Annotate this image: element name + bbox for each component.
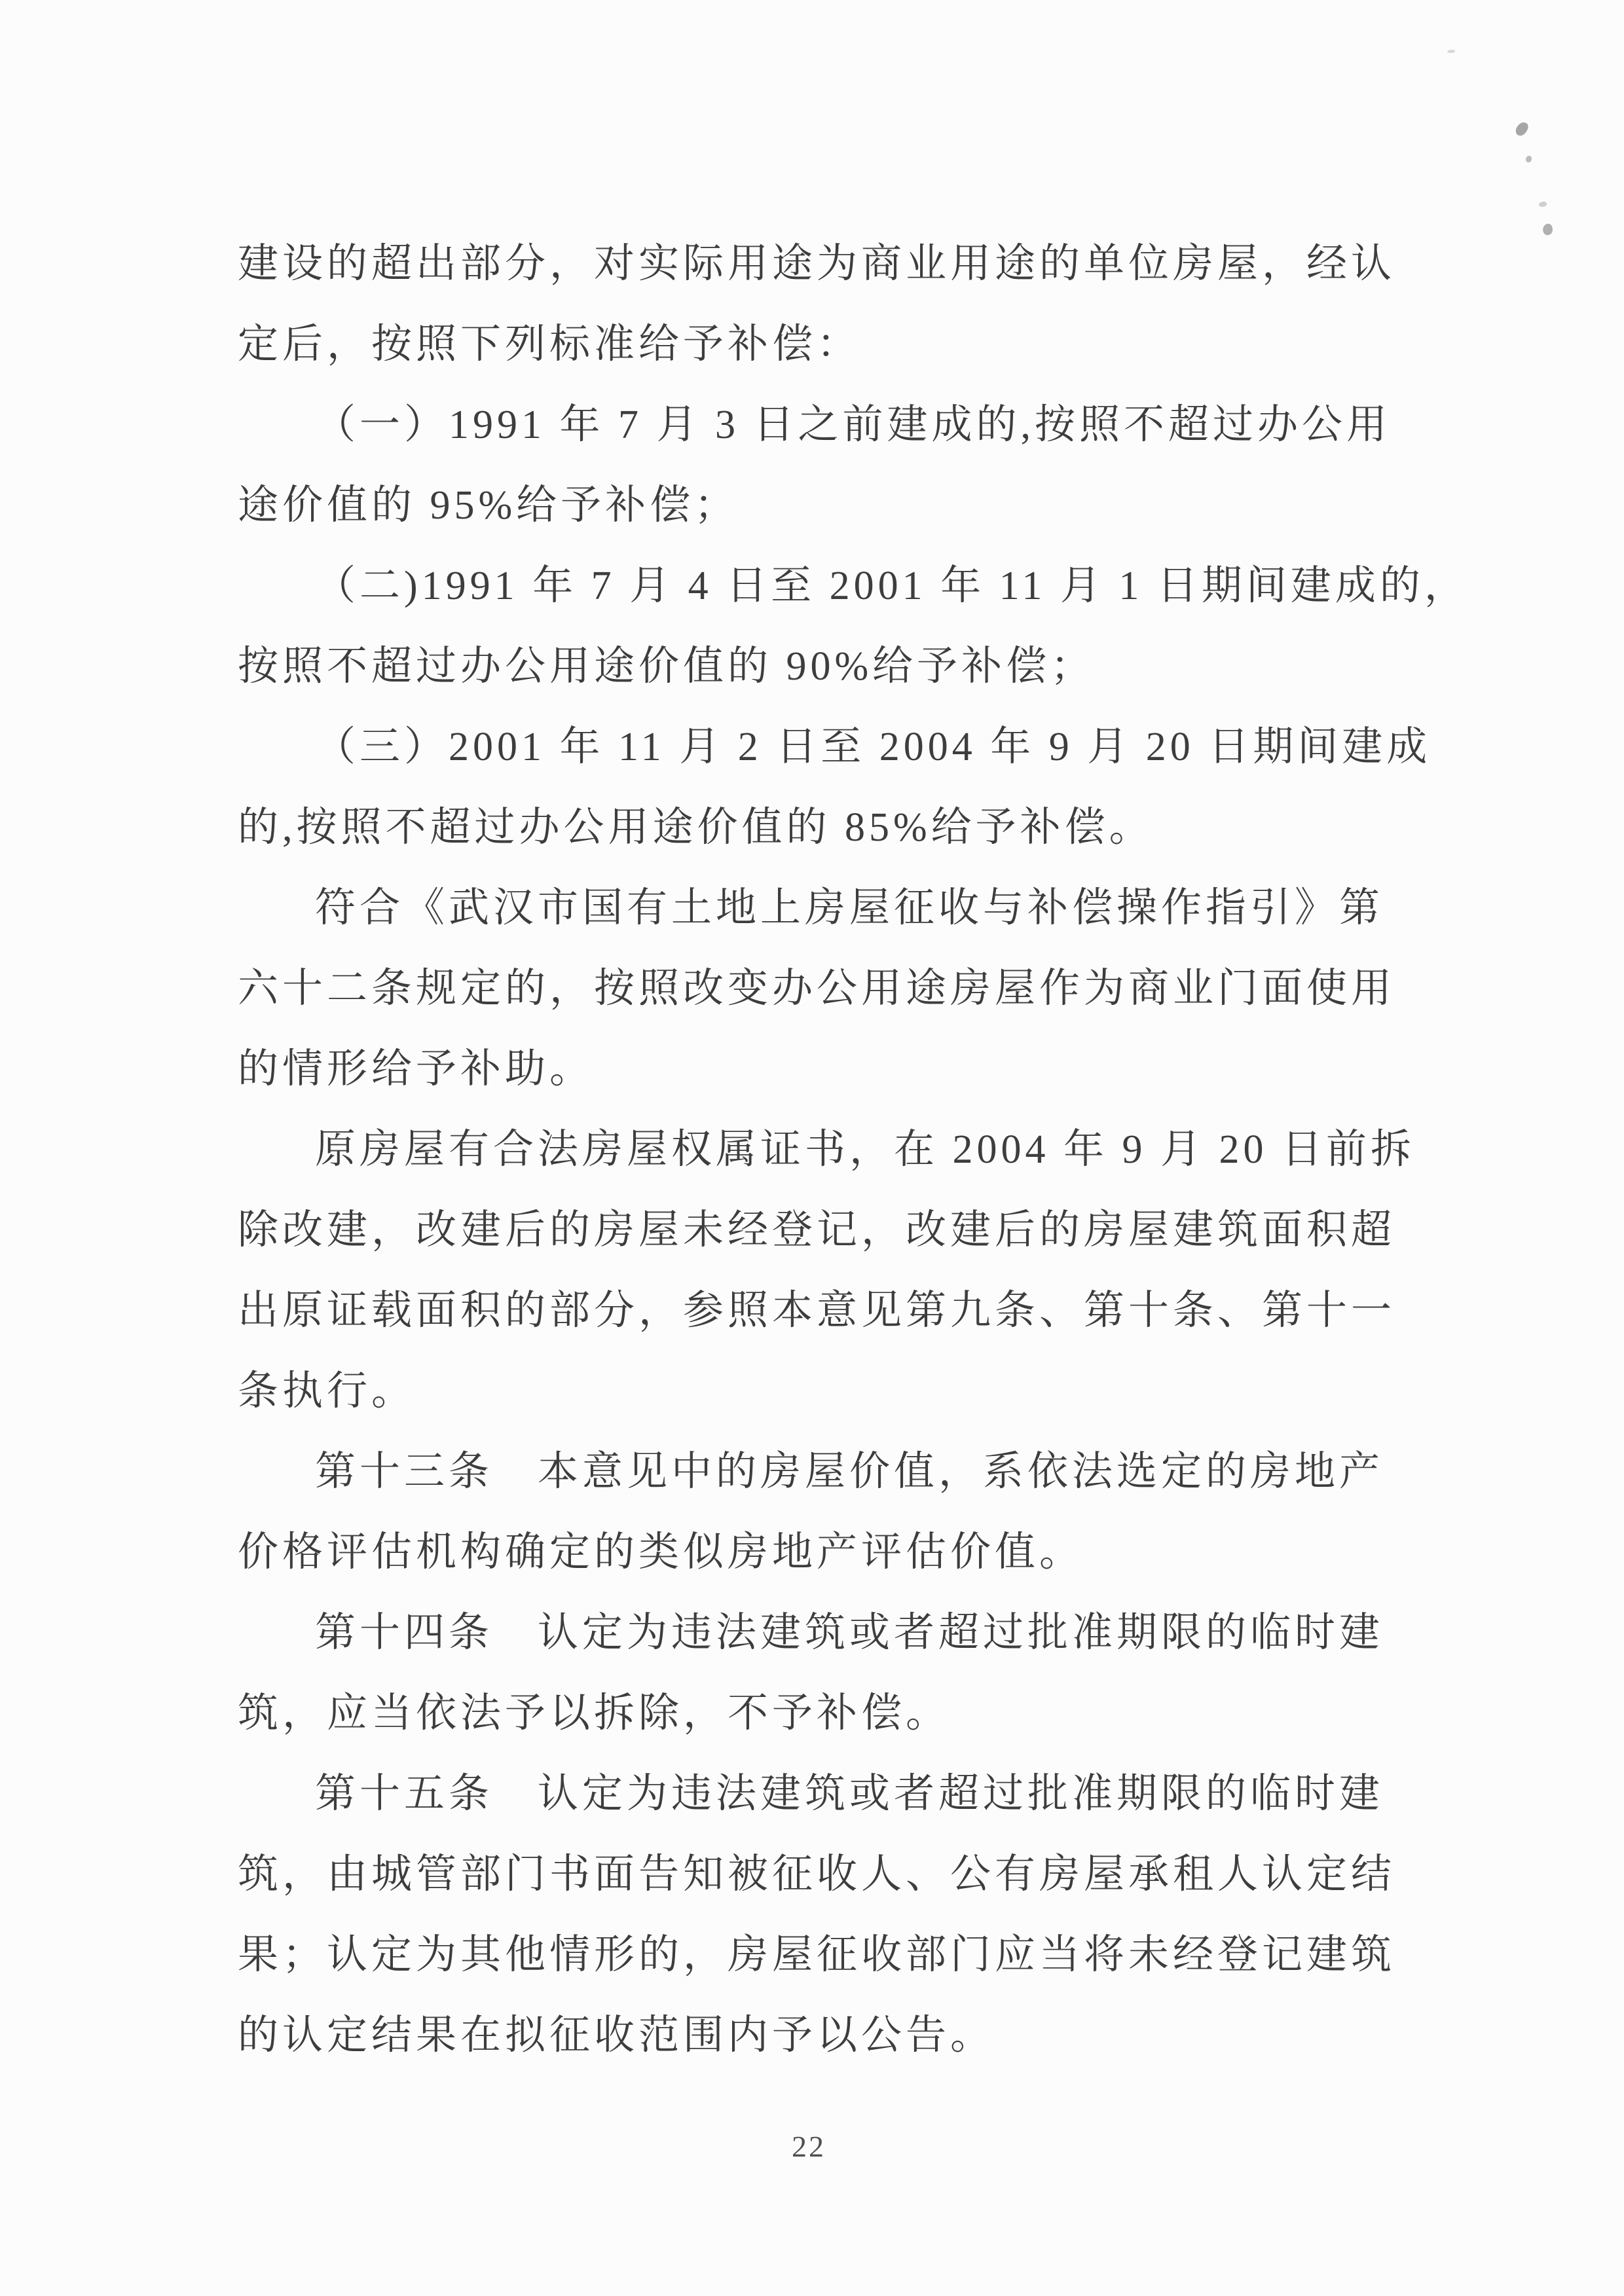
scan-speck [1447,50,1455,53]
text-line: 果；认定为其他情形的，房屋征收部门应当将未经登记建筑 [238,1915,1410,1995]
text-line: 的认定结果在拟征收范围内予以公告。 [238,1995,1410,2076]
scan-speck [1526,156,1532,162]
document-body-text: 建设的超出部分，对实际用途为商业用途的单位房屋，经认定后，按照下列标准给予补偿：… [238,224,1410,2076]
text-line: 的,按照不超过办公用途价值的 85%给予补偿。 [238,788,1410,868]
text-line: 第十四条 认定为违法建筑或者超过批准期限的临时建 [238,1593,1410,1673]
text-line: 六十二条规定的，按照改变办公用途房屋作为商业门面使用 [238,949,1410,1029]
scan-speck [1514,120,1530,138]
page-number: 22 [0,2129,1617,2164]
text-line: 筑，应当依法予以拆除，不予补偿。 [238,1673,1410,1754]
text-line: 途价值的 95%给予补偿； [238,465,1410,546]
text-line: 符合《武汉市国有土地上房屋征收与补偿操作指引》第 [238,868,1410,949]
text-line: （三）2001 年 11 月 2 日至 2004 年 9 月 20 日期间建成 [238,707,1410,788]
text-line: 第十五条 认定为违法建筑或者超过批准期限的临时建 [238,1754,1410,1834]
text-line: 除改建，改建后的房屋未经登记，改建后的房屋建筑面积超 [238,1190,1410,1271]
text-line: 第十三条 本意见中的房屋价值，系依法选定的房地产 [238,1432,1410,1512]
text-line: 建设的超出部分，对实际用途为商业用途的单位房屋，经认 [238,224,1410,304]
text-line: 筑，由城管部门书面告知被征收人、公有房屋承租人认定结 [238,1834,1410,1915]
scanned-document-page: 建设的超出部分，对实际用途为商业用途的单位房屋，经认定后，按照下列标准给予补偿：… [0,0,1624,2296]
text-line: （二)1991 年 7 月 4 日至 2001 年 11 月 1 日期间建成的， [238,546,1410,627]
scan-speck [1539,202,1547,207]
text-line: 按照不超过办公用途价值的 90%给予补偿； [238,627,1410,707]
scan-speck [1541,223,1554,236]
text-line: 价格评估机构确定的类似房地产评估价值。 [238,1512,1410,1593]
text-line: 定后，按照下列标准给予补偿： [238,304,1410,385]
text-line: 出原证载面积的部分，参照本意见第九条、第十条、第十一 [238,1271,1410,1351]
text-line: 的情形给予补助。 [238,1029,1410,1110]
text-line: 原房屋有合法房屋权属证书，在 2004 年 9 月 20 日前拆 [238,1110,1410,1190]
text-line: （一）1991 年 7 月 3 日之前建成的,按照不超过办公用 [238,385,1410,465]
text-line: 条执行。 [238,1351,1410,1432]
